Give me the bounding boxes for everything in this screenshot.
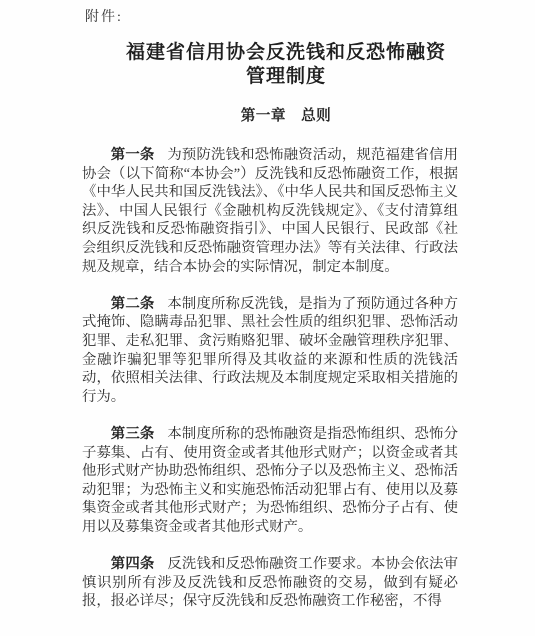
article-3: 第三条本制度所称的恐怖融资是指恐怖组织、恐怖分子募集、占有、使用资金或者其他形式… bbox=[82, 425, 458, 537]
document-page: 附件: 福建省信用协会反洗钱和反恐怖融资 管理制度 第一章 总则 第一条为预防洗… bbox=[0, 0, 535, 636]
article-2: 第二条本制度所称反洗钱，是指为了预防通过各种方式掩饰、隐瞒毒品犯罪、黑社会性质的… bbox=[82, 295, 458, 407]
attachment-label: 附件: bbox=[85, 8, 458, 27]
article-2-text: 本制度所称反洗钱，是指为了预防通过各种方式掩饰、隐瞒毒品犯罪、黑社会性质的组织犯… bbox=[82, 296, 458, 405]
article-1-number: 第一条 bbox=[111, 147, 155, 163]
document-title: 福建省信用协会反洗钱和反恐怖融资 管理制度 bbox=[98, 40, 474, 88]
article-1-text: 为预防洗钱和恐怖融资活动，规范福建省信用协会（以下简称“本协会”）反洗钱和反恐怖… bbox=[82, 147, 458, 275]
article-4: 第四条反洗钱和反恐怖融资工作要求。本协会依法审慎识别所有涉及反洗钱和反恐怖融资的… bbox=[82, 555, 458, 611]
article-4-number: 第四条 bbox=[111, 556, 155, 572]
chapter-heading: 第一章 总则 bbox=[98, 108, 474, 124]
article-2-number: 第二条 bbox=[111, 296, 155, 312]
document-title-line-1: 福建省信用协会反洗钱和反恐怖融资 bbox=[98, 40, 474, 64]
article-3-text: 本制度所称的恐怖融资是指恐怖组织、恐怖分子募集、占有、使用资金或者其他形式财产；… bbox=[82, 426, 458, 535]
article-1: 第一条为预防洗钱和恐怖融资活动，规范福建省信用协会（以下简称“本协会”）反洗钱和… bbox=[82, 146, 458, 276]
article-3-number: 第三条 bbox=[111, 426, 155, 442]
document-title-line-2: 管理制度 bbox=[98, 64, 474, 88]
